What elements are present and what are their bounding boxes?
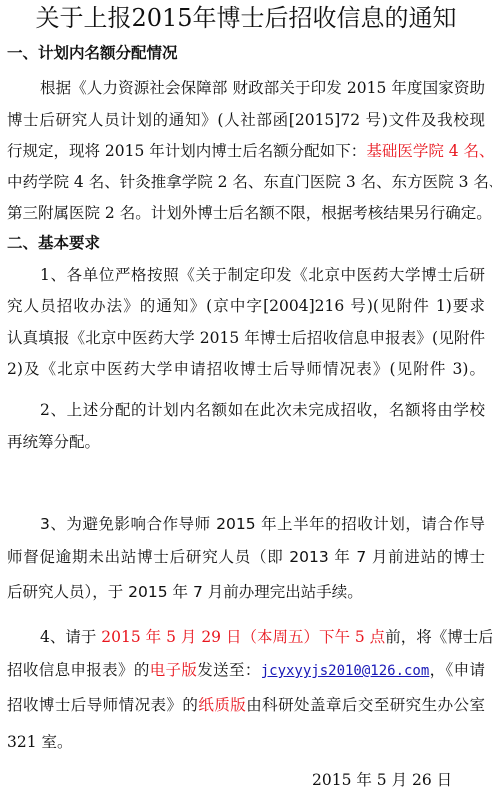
paragraph-line: 中药学院 4 名、针灸推拿学院 2 名、东直门医院 3 名、东方医院 3 名、 [7, 172, 485, 192]
paragraph-line: 3、为避免影响合作导师 2015 年上半年的招收计划，请合作导 [40, 514, 485, 534]
paragraph-line: 321 室。 [7, 732, 485, 752]
paragraph-line: 4、请于 2015 年 5 月 29 日（本周五）下午 5 点前，将《博士后 [40, 627, 485, 647]
paragraph-line: 1、各单位严格按照《关于制定印发《北京中医药大学博士后研 [40, 265, 485, 285]
text: 4、请于 [40, 628, 101, 646]
section-heading-1: 一、计划内名额分配情况 [7, 43, 178, 63]
paragraph-line: 2)及《北京中医药大学申请招收博士后导师情况表》(见附件 3)。 [7, 359, 485, 379]
paper-version-highlight: 纸质版 [198, 696, 246, 714]
paragraph-line: 根据《人力资源社会保障部 财政部关于印发 2015 年度国家资助 [40, 78, 485, 98]
paragraph-line: 认真填报《北京中医药大学 2015 年博士后招收信息申报表》(见附件 [7, 328, 485, 348]
paragraph-line: 究人员招收办法》的通知》(京中字[2004]216 号)(见附件 1)要求 [7, 296, 485, 316]
text: 招收信息申报表》的 [7, 661, 150, 679]
email-link[interactable]: jcyxyyjs2010@126.com [261, 663, 430, 679]
text: 招收博士后导师情况表》的 [7, 696, 198, 714]
text: 行规定，现将 2015 年计划内博士后名额分配如下： [7, 142, 366, 160]
document-date: 2015 年 5 月 26 日 [312, 770, 452, 790]
document-title: 关于上报2015年博士后招收信息的通知 [0, 3, 492, 33]
highlight-text: 基础医学院 4 名、 [366, 142, 492, 160]
text: ，《申请 [429, 661, 485, 679]
text: 由科研处盖章后交至研究生办公室 [246, 696, 485, 714]
section-heading-2: 二、基本要求 [7, 233, 100, 253]
paragraph-line: 后研究人员），于 2015 年 7 月前办理完出站手续。 [7, 582, 485, 602]
paragraph-line: 博士后研究人员计划的通知》(人社部函[2015]72 号)文件及我校现 [7, 110, 485, 130]
text: 前，将《博士后 [385, 628, 492, 646]
deadline-highlight: 2015 年 5 月 29 日（本周五）下午 5 点 [101, 628, 385, 646]
paragraph-line: 第三附属医院 2 名。计划外博士后名额不限，根据考核结果另行确定。 [7, 203, 485, 223]
text: 发送至： [197, 661, 260, 679]
paragraph-line: 招收博士后导师情况表》的纸质版由科研处盖章后交至研究生办公室 [7, 695, 485, 715]
paragraph-line: 招收信息申报表》的电子版发送至：jcyxyyjs2010@126.com，《申请 [7, 660, 485, 681]
paragraph-line: 行规定，现将 2015 年计划内博士后名额分配如下：基础医学院 4 名、 [7, 141, 485, 161]
notice-document: 关于上报2015年博士后招收信息的通知 一、计划内名额分配情况 根据《人力资源社… [0, 0, 492, 802]
paragraph-line: 师督促逾期未出站博士后研究人员（即 2013 年 7 月前进站的博士 [7, 547, 485, 567]
paragraph-line: 2、上述分配的计划内名额如在此次未完成招收，名额将由学校 [40, 400, 485, 420]
electronic-version-highlight: 电子版 [150, 661, 198, 679]
paragraph-line: 再统筹分配。 [7, 432, 485, 452]
